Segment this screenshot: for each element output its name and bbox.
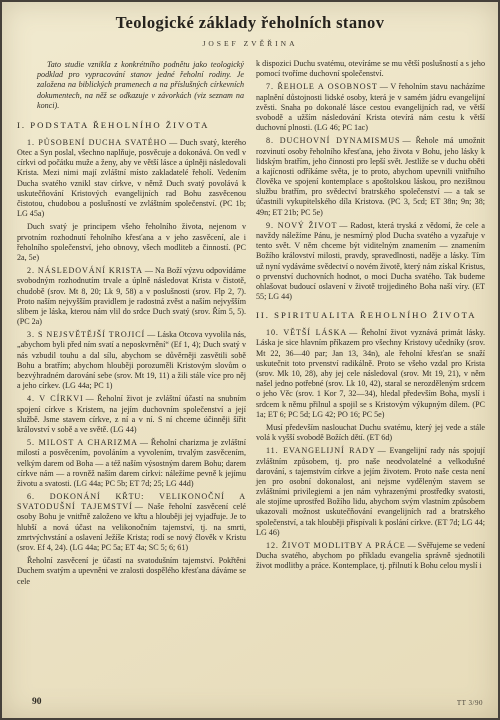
paragraph-lead: 9. NOVÝ ŽIVOT: [266, 221, 337, 230]
paragraph-text: Řeholní zasvěcení je účastí na svatodušn…: [17, 556, 246, 585]
paragraph-text: — Řehole má umožnit rozvinutí osoby řeho…: [256, 136, 485, 216]
paragraph: Řeholní zasvěcení je účastí na svatodušn…: [17, 556, 246, 587]
paragraph: 5. MILOST A CHARIZMA— Řeholní charizma j…: [17, 438, 246, 489]
paragraph-lead: 5. MILOST A CHARIZMA: [27, 438, 138, 447]
paragraph: 3. S NEJSVĚTĚJŠÍ TROJICÍ— Láska Otcova v…: [17, 330, 246, 391]
page-footer: 90 TT 3/90: [2, 697, 498, 707]
paragraph: 6. DOKONÁNÍ KŘTU: VELIKONOČNÍ A SVATODUŠ…: [17, 492, 246, 553]
paragraph: 4. V CÍRKVI— Řeholní život je zvláštní ú…: [17, 394, 246, 435]
paragraph-lead: 2. NÁSLEDOVÁNÍ KRISTA: [27, 266, 143, 275]
left-column: Tato studie vznikla z konkrétního podnět…: [17, 59, 246, 590]
paragraph-lead: 3. S NEJSVĚTĚJŠÍ TROJICÍ: [27, 330, 145, 339]
paragraph: 10. VĚTŠÍ LÁSKA— Řeholní život vyznává p…: [256, 328, 485, 420]
article-author: JOSEF ZVĚŘINA: [2, 39, 498, 48]
journal-issue-label: TT 3/90: [457, 699, 483, 707]
paragraph: 12. ŽIVOT MODLITBY A PRÁCE— Svěřujeme se…: [256, 541, 485, 572]
paragraph-text: Musí především naslouchat Duchu svatému,…: [256, 423, 485, 442]
paragraph: Musí především naslouchat Duchu svatému,…: [256, 423, 485, 443]
paragraph-text: — Evangelijní rady nás spojují zvláštním…: [256, 446, 485, 537]
paragraph-lead: 7. ŘEHOLE A OSOBNOST: [266, 82, 378, 91]
article-title: Teologické základy řeholních stanov: [2, 13, 498, 33]
paragraph-text: — Radost, která tryská z vědomí, že cele…: [256, 221, 485, 301]
paragraph-lead: 11. EVANGELIJNÍ RADY: [266, 446, 376, 455]
intro-note: Tato studie vznikla z konkrétního podnět…: [37, 60, 244, 111]
page-number: 90: [32, 697, 42, 707]
paragraph-lead: 12. ŽIVOT MODLITBY A PRÁCE: [266, 541, 406, 550]
section-heading-1: I. PODSTATA ŘEHOLNÍHO ŽIVOTA: [17, 120, 246, 131]
paragraph-text: — Na Boží výzvu odpovídáme svobodným roz…: [17, 266, 246, 326]
paragraph: 1. PŮSOBENÍ DUCHA SVATÉHO— Duch svatý, k…: [17, 138, 246, 220]
paragraph: 7. ŘEHOLE A OSOBNOST— V řeholním stavu n…: [256, 82, 485, 133]
page-header: Teologické základy řeholních stanov JOSE…: [2, 2, 498, 48]
paragraph-text: k dispozici Duchu svatému, otevíráme se …: [256, 59, 485, 78]
scanned-page: Teologické základy řeholních stanov JOSE…: [0, 0, 500, 720]
paragraph-text: Duch svatý je principem všeho řeholního …: [17, 222, 246, 262]
two-column-body: Tato studie vznikla z konkrétního podnět…: [2, 48, 498, 590]
right-column: k dispozici Duchu svatému, otevíráme se …: [256, 59, 485, 590]
paragraph: k dispozici Duchu svatému, otevíráme se …: [256, 59, 485, 79]
section-heading-2: II. SPIRITUALITA ŘEHOLNÍHO ŽIVOTA: [256, 310, 485, 321]
paragraph-lead: 1. PŮSOBENÍ DUCHA SVATÉHO: [27, 138, 167, 147]
paragraph-text: — Láska Otcova vyvolila nás, „abychom by…: [17, 330, 246, 390]
paragraph-text: — Duch svatý, kterého Otec a Syn poslal,…: [17, 138, 246, 218]
paragraph-lead: 8. DUCHOVNÍ DYNAMISMUS: [266, 136, 400, 145]
paragraph: 9. NOVÝ ŽIVOT— Radost, která tryská z vě…: [256, 221, 485, 303]
paragraph: 8. DUCHOVNÍ DYNAMISMUS— Řehole má umožni…: [256, 136, 485, 218]
paragraph: Duch svatý je principem všeho řeholního …: [17, 222, 246, 263]
paragraph: 11. EVANGELIJNÍ RADY— Evangelijní rady n…: [256, 446, 485, 538]
paragraph-lead: 10. VĚTŠÍ LÁSKA: [266, 328, 347, 337]
paragraph-lead: 4. V CÍRKVI: [27, 394, 84, 403]
paragraph: 2. NÁSLEDOVÁNÍ KRISTA— Na Boží výzvu odp…: [17, 266, 246, 327]
paragraph-text: — Řeholní život vyznává primát lásky. Lá…: [256, 328, 485, 419]
